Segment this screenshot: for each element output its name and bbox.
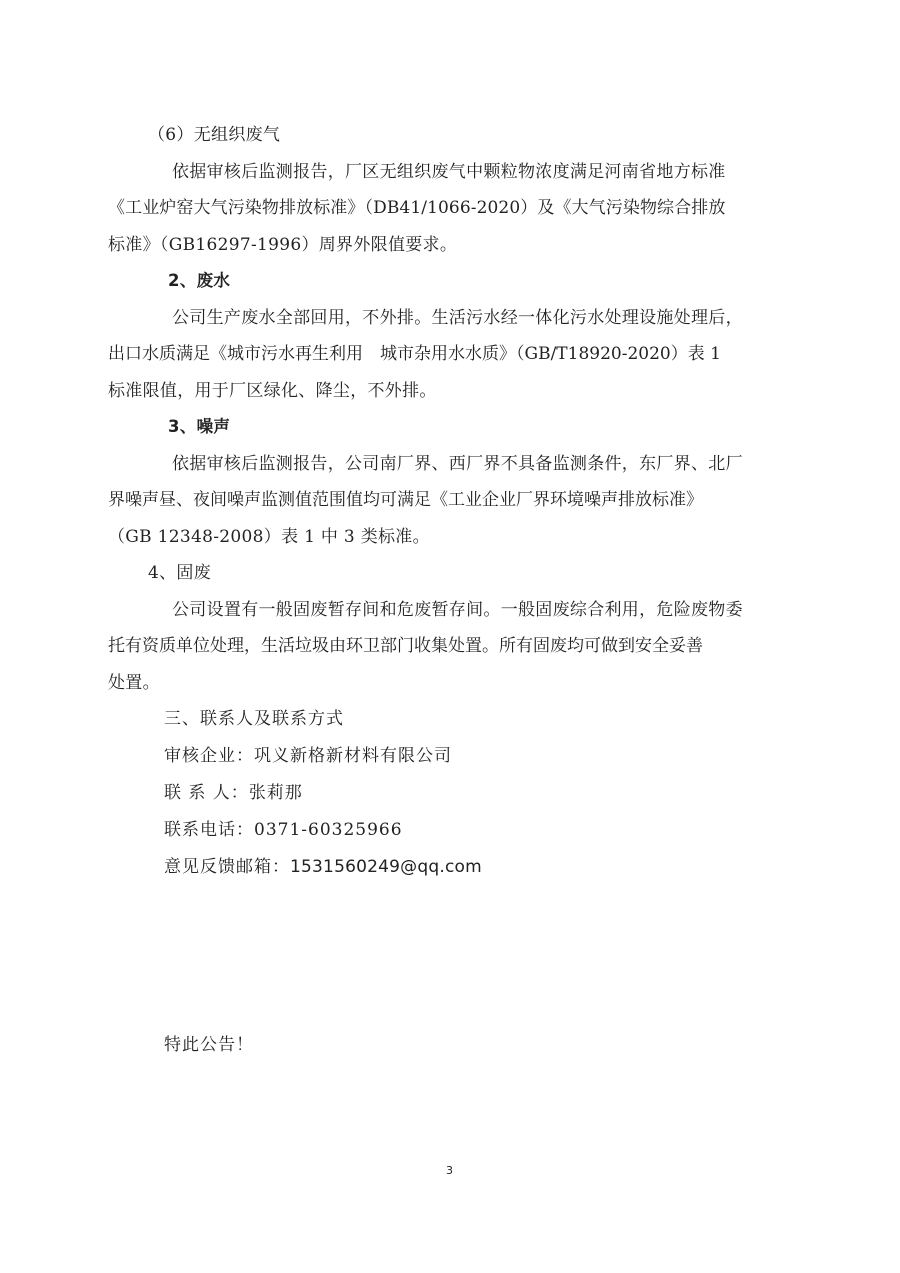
contact-company-value: 巩义新格新材料有限公司 [254,746,452,766]
section-heading-noise: 3、噪声 [108,409,763,446]
document-page: （6）无组织废气 依据审核后监测报告，厂区无组织废气中颗粒物浓度满足河南省地方标… [0,0,900,1273]
contact-phone-label: 联系电话： [164,820,254,840]
section-heading-solid-waste: 4、固废 [108,555,763,592]
contact-email-row: 意见反馈邮箱：1531560249@qq.com [108,849,763,886]
paragraph-line: 界噪声昼、夜间噪声监测值范围值均可满足《工业企业厂界环境噪声排放标准》 [108,482,763,519]
contact-person-row: 联 系 人：张莉那 [108,775,763,812]
paragraph-line: 出口水质满足《城市污水再生利用 城市杂用水水质》（GB/T18920-2020）… [108,336,763,373]
contact-person-value: 张莉那 [249,783,303,803]
paragraph-line: 依据审核后监测报告，厂区无组织废气中颗粒物浓度满足河南省地方标准 [108,154,763,191]
section-heading-contact: 三、联系人及联系方式 [108,701,763,738]
contact-phone-value: 0371-60325966 [254,820,403,840]
page-number: 3 [446,1164,453,1177]
paragraph-line: 《工业炉窑大气污染物排放标准》（DB41/1066-2020）及《大气污染物综合… [108,190,763,227]
contact-company-row: 审核企业：巩义新格新材料有限公司 [108,738,763,775]
section-heading-wastewater: 2、废水 [108,263,763,300]
paragraph-line: 依据审核后监测报告，公司南厂界、西厂界不具备监测条件，东厂界、北厂 [108,446,763,483]
paragraph-line: 托有资质单位处理，生活垃圾由环卫部门收集处置。所有固废均可做到安全妥善 [108,628,763,665]
contact-person-label: 联 系 人： [164,783,249,803]
section-heading-fugitive-gas: （6）无组织废气 [108,117,763,154]
paragraph-line: 处置。 [108,665,763,702]
document-body: （6）无组织废气 依据审核后监测报告，厂区无组织废气中颗粒物浓度满足河南省地方标… [108,117,763,886]
contact-company-label: 审核企业： [164,746,254,766]
paragraph-line: 公司设置有一般固废暂存间和危废暂存间。一般固废综合利用，危险废物委 [108,592,763,629]
contact-email-value: 1531560249@qq.com [290,857,482,877]
paragraph-line: 公司生产废水全部回用，不外排。生活污水经一体化污水处理设施处理后， [108,300,763,337]
paragraph-line: （GB 12348-2008）表 1 中 3 类标准。 [108,519,763,556]
contact-phone-row: 联系电话：0371-60325966 [108,812,763,849]
closing-statement: 特此公告！ [164,1030,254,1055]
contact-email-label: 意见反馈邮箱： [164,857,290,877]
paragraph-line: 标准限值，用于厂区绿化、降尘，不外排。 [108,373,763,410]
paragraph-line: 标准》（GB16297-1996）周界外限值要求。 [108,227,763,264]
